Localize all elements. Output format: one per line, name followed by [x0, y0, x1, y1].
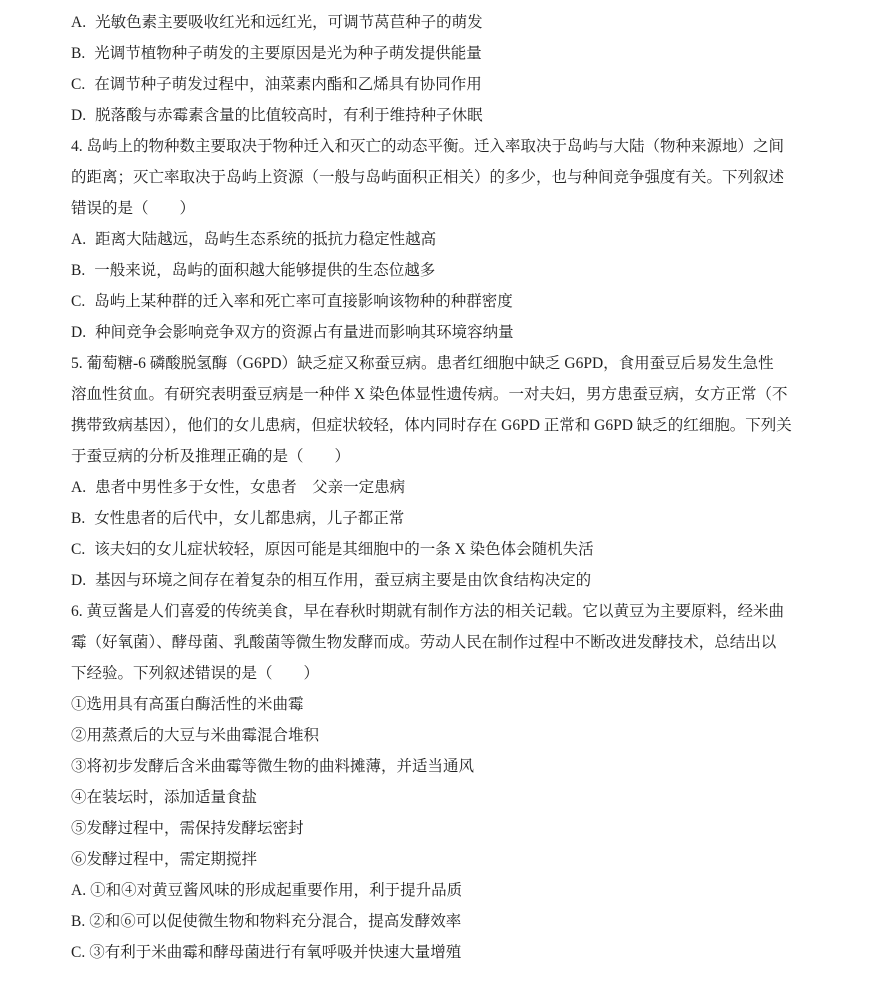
- numbered-step: ⑥发酵过程中，需定期搅拌: [71, 844, 812, 875]
- option-row: C.岛屿上某种群的迁入率和死亡率可直接影响该物种的种群密度: [71, 286, 812, 317]
- option-row: D.脱落酸与赤霉素含量的比值较高时，有利于维持种子休眠: [71, 100, 812, 131]
- option-label: C.: [71, 937, 85, 968]
- option-row: A.①和④对黄豆酱风味的形成起重要作用，利于提升品质: [71, 875, 812, 906]
- option-row: A.光敏色素主要吸收红光和远红光，可调节莴苣种子的萌发: [71, 7, 812, 38]
- question-4-block: 4. 岛屿上的物种数主要取决于物种迁入和灭亡的动态平衡。迁入率取决于岛屿与大陆（…: [71, 131, 812, 348]
- option-text: 该夫妇的女儿症状较轻，原因可能是其细胞中的一条 X 染色体会随机失活: [94, 541, 593, 558]
- option-row: A.距离大陆越远，岛屿生态系统的抵抗力稳定性越高: [71, 224, 812, 255]
- option-row: D.种间竞争会影响竞争双方的资源占有量进而影响其环境容纳量: [71, 317, 812, 348]
- option-text: 脱落酸与赤霉素含量的比值较高时，有利于维持种子休眠: [95, 107, 483, 124]
- option-row: C.③有利于米曲霉和酵母菌进行有氧呼吸并快速大量增殖: [71, 937, 812, 968]
- option-text: 光调节植物种子萌发的主要原因是光为种子萌发提供能量: [94, 45, 482, 62]
- option-row: B.女性患者的后代中，女儿都患病，儿子都正常: [71, 503, 812, 534]
- option-text: ②和⑥可以促使微生物和物料充分混合，提高发酵效率: [89, 913, 461, 930]
- option-text: 距离大陆越远，岛屿生态系统的抵抗力稳定性越高: [95, 231, 436, 248]
- option-text: 岛屿上某种群的迁入率和死亡率可直接影响该物种的种群密度: [94, 293, 513, 310]
- option-row: B.光调节植物种子萌发的主要原因是光为种子萌发提供能量: [71, 38, 812, 69]
- question-stem-line: 于蚕豆病的分析及推理正确的是（ ）: [71, 441, 812, 472]
- question-stem-line: 携带致病基因），他们的女儿患病，但症状较轻，体内同时存在 G6PD 正常和 G6…: [71, 410, 812, 441]
- option-label: A.: [71, 875, 86, 906]
- question-stem-line: 霉（好氧菌）、酵母菌、乳酸菌等微生物发酵而成。劳动人民在制作过程中不断改进发酵技…: [71, 627, 812, 658]
- question-6-block: 6. 黄豆酱是人们喜爱的传统美食，早在春秋时期就有制作方法的相关记载。它以黄豆为…: [71, 596, 812, 968]
- option-label: C.: [71, 534, 85, 565]
- option-text: ③有利于米曲霉和酵母菌进行有氧呼吸并快速大量增殖: [89, 944, 461, 961]
- option-row: C.在调节种子萌发过程中，油菜素内酯和乙烯具有协同作用: [71, 69, 812, 100]
- option-label: C.: [71, 286, 85, 317]
- question-stem-line: 4. 岛屿上的物种数主要取决于物种迁入和灭亡的动态平衡。迁入率取决于岛屿与大陆（…: [71, 131, 812, 162]
- option-text: 基因与环境之间存在着复杂的相互作用，蚕豆病主要是由饮食结构决定的: [95, 572, 591, 589]
- option-label: D.: [71, 317, 86, 348]
- option-label: A.: [71, 224, 86, 255]
- option-text: 患者中男性多于女性，女患者 父亲一定患病: [95, 479, 405, 496]
- option-row: B.②和⑥可以促使微生物和物料充分混合，提高发酵效率: [71, 906, 812, 937]
- exam-document-page: A.光敏色素主要吸收红光和远红光，可调节莴苣种子的萌发 B.光调节植物种子萌发的…: [0, 0, 872, 988]
- option-label: D.: [71, 565, 86, 596]
- question-stem-line: 错误的是（ ）: [71, 193, 812, 224]
- option-text: 一般来说，岛屿的面积越大能够提供的生态位越多: [94, 262, 435, 279]
- option-row: C.该夫妇的女儿症状较轻，原因可能是其细胞中的一条 X 染色体会随机失活: [71, 534, 812, 565]
- option-label: B.: [71, 38, 85, 69]
- option-text: 女性患者的后代中，女儿都患病，儿子都正常: [94, 510, 404, 527]
- question-stem-line: 6. 黄豆酱是人们喜爱的传统美食，早在春秋时期就有制作方法的相关记载。它以黄豆为…: [71, 596, 812, 627]
- numbered-step: ①选用具有高蛋白酶活性的米曲霉: [71, 689, 812, 720]
- numbered-step: ⑤发酵过程中，需保持发酵坛密封: [71, 813, 812, 844]
- option-label: B.: [71, 503, 85, 534]
- question-5-block: 5. 葡萄糖-6 磷酸脱氢酶（G6PD）缺乏症又称蚕豆病。患者红细胞中缺乏 G6…: [71, 348, 812, 596]
- option-label: C.: [71, 69, 85, 100]
- option-text: 在调节种子萌发过程中，油菜素内酯和乙烯具有协同作用: [94, 76, 482, 93]
- option-label: A.: [71, 7, 86, 38]
- question-stem-line: 的距离；灭亡率取决于岛屿上资源（一般与岛屿面积正相关）的多少，也与种间竞争强度有…: [71, 162, 812, 193]
- numbered-step: ③将初步发酵后含米曲霉等微生物的曲料摊薄，并适当通风: [71, 751, 812, 782]
- option-label: A.: [71, 472, 86, 503]
- option-label: B.: [71, 906, 85, 937]
- option-label: D.: [71, 100, 86, 131]
- option-row: B.一般来说，岛屿的面积越大能够提供的生态位越多: [71, 255, 812, 286]
- option-row: A.患者中男性多于女性，女患者 父亲一定患病: [71, 472, 812, 503]
- question-stem-line: 溶血性贫血。有研究表明蚕豆病是一种伴 X 染色体显性遗传病。一对夫妇，男方患蚕豆…: [71, 379, 812, 410]
- option-text: 种间竞争会影响竞争双方的资源占有量进而影响其环境容纳量: [95, 324, 514, 341]
- option-text: 光敏色素主要吸收红光和远红光，可调节莴苣种子的萌发: [95, 14, 483, 31]
- option-text: ①和④对黄豆酱风味的形成起重要作用，利于提升品质: [90, 882, 462, 899]
- option-row: D.基因与环境之间存在着复杂的相互作用，蚕豆病主要是由饮食结构决定的: [71, 565, 812, 596]
- option-label: B.: [71, 255, 85, 286]
- question-stem-line: 5. 葡萄糖-6 磷酸脱氢酶（G6PD）缺乏症又称蚕豆病。患者红细胞中缺乏 G6…: [71, 348, 812, 379]
- numbered-step: ②用蒸煮后的大豆与米曲霉混合堆积: [71, 720, 812, 751]
- question-stem-line: 下经验。下列叙述错误的是（ ）: [71, 658, 812, 689]
- numbered-step: ④在装坛时，添加适量食盐: [71, 782, 812, 813]
- question-3-options-block: A.光敏色素主要吸收红光和远红光，可调节莴苣种子的萌发 B.光调节植物种子萌发的…: [71, 7, 812, 131]
